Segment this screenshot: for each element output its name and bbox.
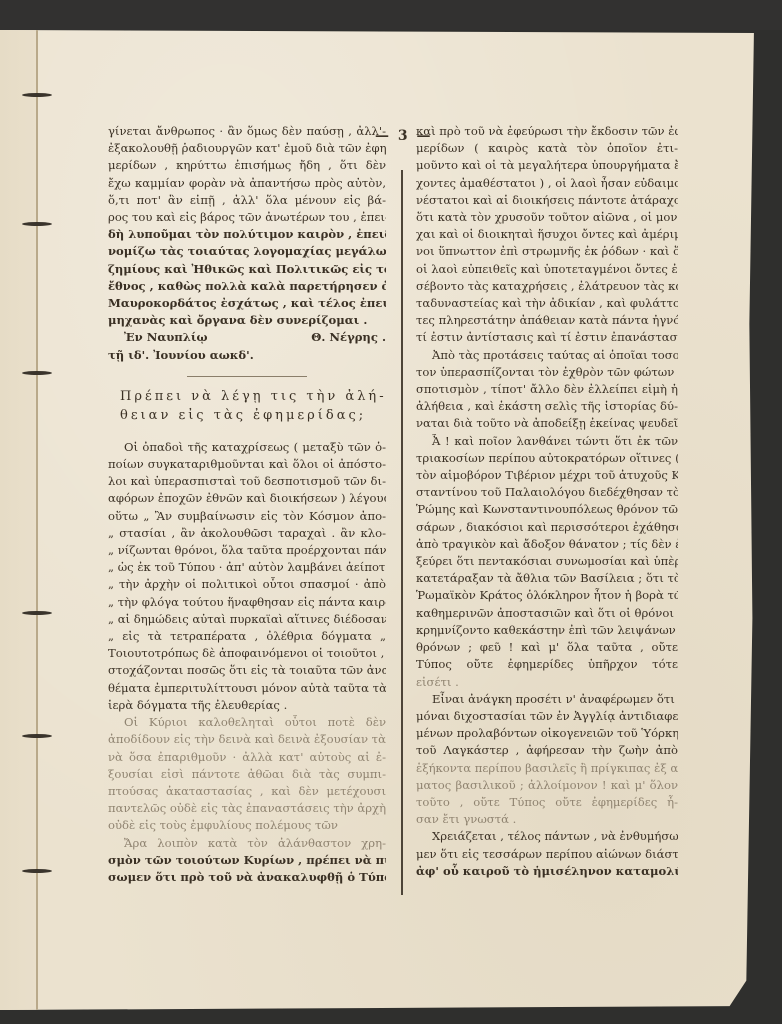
text-line: τον ὑπερασπίζονται τὸν ἐχθρὸν τῶν φώτων … (416, 364, 678, 381)
paragraph-england: Εἶναι ἀνάγκη προσέτι ν' ἀναφέρωμεν ὅτι α… (416, 691, 678, 829)
binding-fold-line (36, 30, 38, 1010)
left-column: γίνεται ἄνθρωπος · ἂν ὅμως δὲν παύσῃ , ἀ… (108, 123, 386, 886)
paragraph-propositions: Ἀπὸ τὰς προτάσεις ταύτας αἱ ὁποῖαι τοσοῦ… (416, 347, 678, 433)
text-line: μένων προλαβόντων οἰκογενειῶν τοῦ Ὑόρκη … (416, 725, 678, 742)
text-line: μηχανὰς καὶ ὄργανα δὲν συνερίζομαι . (108, 312, 386, 329)
text-line: ναται διὰ τοῦτο νὰ ἀποδείξῃ ἐκείνας ψευδ… (416, 415, 678, 432)
text-line: οὐδὲ εἰς τοὺς ἐμφυλίους πολέμους τῶν (108, 817, 386, 834)
text-line: Ἀπὸ τὰς προτάσεις ταύτας αἱ ὁποῖαι τοσοῦ… (416, 347, 678, 364)
text-line: μερίδων , κηρύττω ἐπισήμως ἤδη , ὅτι δὲν (108, 157, 386, 174)
text-line: εἰσέτι . (416, 674, 678, 691)
text-line: σέβοντο τὰς καταχρήσεις , ἐλάτρευον τὰς … (416, 278, 678, 295)
column-divider (401, 170, 403, 895)
text-line: τοῦτο , οὔτε Τύπος οὔτε ἐφημερίδες ἦ- (416, 794, 678, 811)
text-line: ἔθνος , καθὼς πολλὰ καλὰ παρετήρησεν ὁ Κ… (108, 278, 386, 295)
section-rule (187, 376, 307, 377)
paragraph-golden-age: καὶ πρὸ τοῦ νὰ ἐφεύρωσι τὴν ἔκδοσιν τῶν … (416, 123, 678, 347)
text-line: οἱ λαοὶ εὐπειθεῖς καὶ ὑποτεταγμένοι ὄντε… (416, 261, 678, 278)
text-line: στοχάζονται ποσῶς ὅτι εἰς τὰ τοιαῦτα τῶν… (108, 662, 386, 679)
text-line: τοῦ Λαγκάστερ , ἀφήρεσαν τὴν ζωὴν ἀπὸ (416, 742, 678, 759)
text-line: σμὸν τῶν τοιούτων Κυρίων , πρέπει νὰ πισ… (108, 852, 386, 869)
binding-stitch-icon (22, 611, 52, 615)
binding-stitch-icon (22, 93, 52, 97)
text-line: παντελῶς οὐδὲ εἰς τὰς ἐπαναστάσεις τὴν ἀ… (108, 800, 386, 817)
text-line: σάρων , διακόσιοι καὶ περισσότεροι ἐχάθη… (416, 519, 678, 536)
text-line: „ αἱ δημώδεις αὐταὶ πυρκαϊαὶ αἵτινες διέ… (108, 611, 386, 628)
text-line: νομίζω τὰς τοιαύτας λογομαχίας μεγάλως ἐ… (108, 243, 386, 260)
text-line: Εἶναι ἀνάγκη προσέτι ν' ἀναφέρωμεν ὅτι α… (416, 691, 678, 708)
text-line: Οἱ ὀπαδοὶ τῆς καταχρίσεως ( μεταξὺ τῶν ὁ… (108, 439, 386, 456)
text-line: Ῥωμαϊκὸν Κράτος ὁλόκληρον ἦτον ἡ βορὰ τῶ… (416, 587, 678, 604)
paragraph-emperors: Ἆ ! καὶ ποῖον λανθάνει τώντι ὅτι ἐκ τῶν … (416, 433, 678, 691)
text-line: Τύπος οὔτε ἐφημερίδες ὑπῆρχον τότε (416, 656, 678, 673)
text-line: μεν ὅτι εἰς τεσσάρων περίπου αἰώνων διάσ… (416, 846, 678, 863)
text-line: Οἱ Κύριοι καλοθεληταὶ οὗτοι ποτὲ δὲν (108, 714, 386, 731)
text-line: Ῥώμης καὶ Κωνσταντινουπόλεως θρόνον τῶν … (416, 501, 678, 518)
title-line: θειαν εἰς τὰς ἐφημερίδας; (120, 406, 386, 425)
binding-stitch-icon (22, 371, 52, 375)
text-line: Χρειάζεται , τέλος πάντων , νὰ ἐνθυμήσω- (416, 828, 678, 845)
text-line: τί ἐστιν ἀντίστασις καὶ τί ἐστιν ἐπανάστ… (416, 329, 678, 346)
text-line: „ εἰς τὰ τετραπέρατα , ὀλέθρια δόγματα „ (108, 628, 386, 645)
text-line: αφόρων ἐποχῶν ἐθνῶν καὶ διοικήσεων ) λέγ… (108, 490, 386, 507)
text-line: ἀλήθεια , καὶ ἑκάστη σελὶς τῆς ἱστορίας … (416, 398, 678, 415)
text-line: ματος βασιλικοῦ ; ἀλλοίμονον ! καὶ μ' ὅλ… (416, 777, 678, 794)
text-line: τριακοσίων περίπου αὐτοκρατόρων οἵτινες … (416, 450, 678, 467)
binding-stitch-icon (22, 869, 52, 873)
text-line: Μαυροκορδάτος ἐσχάτως , καὶ τέλος ἐπειδὴ (108, 295, 386, 312)
continued-letter: γίνεται ἄνθρωπος · ἂν ὅμως δὲν παύσῃ , ἀ… (108, 123, 386, 329)
text-line: ἔχω καμμίαν φορὰν νὰ ἀπαντήσω πρὸς αὐτὸν… (108, 175, 386, 192)
text-line: „ ὡς ἐκ τοῦ Τύπου · ἀπ' αὐτὸν λαμβάνει ἀ… (108, 559, 386, 576)
article-body: Οἱ ὀπαδοὶ τῆς καταχρίσεως ( μεταξὺ τῶν ὁ… (108, 439, 386, 714)
text-line: ἑξήκοντα περίπου βασιλεῖς ἢ πρίγκιπας ἐξ… (416, 760, 678, 777)
text-line: σταντίνου τοῦ Παλαιολόγου διεδέχθησαν τὸ… (416, 484, 678, 501)
text-line: μερίδων ( καιρὸς κατὰ τὸν ὁποῖον ἐτι- (416, 140, 678, 157)
text-line: ποίων συγκαταριθμοῦνται καὶ ὅλοι οἱ ἀπόσ… (108, 456, 386, 473)
text-line: τες πληρεστάτην ἀπάθειαν κατὰ πάντα ἠγνό… (416, 312, 678, 329)
text-line: ἀφ' οὗ καιροῦ τὸ ἡμισέληνον καταμολύνει … (416, 863, 678, 880)
text-line: σποτισμὸν , τίποτ' ἄλλο δὲν ἐλλείπει εἰμ… (416, 381, 678, 398)
text-line: ξουσίαι εἰσὶ πάντοτε ἀθῶαι διὰ τὰς συμπι… (108, 766, 386, 783)
scanner-background-top (0, 0, 782, 30)
title-line: Πρέπει νὰ λέγῃ τις τὴν ἀλή- (120, 387, 386, 406)
text-line: κρημνίζοντο καθεκάστην ἐπὶ τῶν λειψάνων … (416, 622, 678, 639)
faint-paragraph: Οἱ Κύριοι καλοθεληταὶ οὗτοι ποτὲ δὲν ἀπο… (108, 714, 386, 834)
text-line: χαι καὶ οἱ διοικηταὶ ἥσυχοι ὄντες καὶ ἀμ… (416, 226, 678, 243)
text-line: „ νίζωνται θρόνοι, ὅλα ταῦτα προέρχονται… (108, 542, 386, 559)
text-line: ξεύρει ὅτι πεντακόσιαι συνωμοσίαι καὶ ὑπ… (416, 553, 678, 570)
text-line: θέματα ἐμπεριτυλίττουσι μόνον αὐτὰ ταῦτα… (108, 680, 386, 697)
text-line: Ἆ ! καὶ ποῖον λανθάνει τώντι ὅτι ἐκ τῶν (416, 433, 678, 450)
text-line: „ τὴν φλόγα τούτου ἥναφθησαν εἰς πάντα κ… (108, 594, 386, 611)
signature-date: τῇ ιδ'. Ἰουνίου αωκδ'. (108, 347, 386, 364)
text-line: τὸν αἱμοβόρον Τιβέριον μέχρι τοῦ ἀτυχοῦς… (416, 467, 678, 484)
text-line: καὶ πρὸ τοῦ νὰ ἐφεύρωσι τὴν ἔκδοσιν τῶν … (416, 123, 678, 140)
text-line: ταδυναστείας καὶ τὴν ἀδικίαν , καὶ φυλάτ… (416, 295, 678, 312)
text-line: ρος του καὶ εἰς βάρος τῶν ἀνωτέρων του ,… (108, 209, 386, 226)
text-line: „ στασίαι , ἂν ἀκολουθῶσι ταραχαὶ . ἂν κ… (108, 525, 386, 542)
text-line: σωμεν ὅτι πρὸ τοῦ νὰ ἀνακαλυφθῇ ὁ Τύπος (108, 869, 386, 886)
text-line: οὕτω „ Ἂν συμβαίνωσιν εἰς τὸν Κόσμον ἀπο… (108, 508, 386, 525)
signature-row: Ἐν Ναυπλίῳ Θ. Νέγρης . (108, 329, 386, 346)
text-line: κατετάραξαν τὰ ἄθλια τῶν Βασίλεια ; ὅτι … (416, 570, 678, 587)
text-line: λοι καὶ ὑπερασπισταὶ τοῦ δεσποτισμοῦ τῶν… (108, 473, 386, 490)
text-line: νὰ ὅσα ἐπαριθμοῦν · ἀλλὰ κατ' αὐτοὺς αἱ … (108, 749, 386, 766)
text-line: ζημίους καὶ Ἠθικῶς καὶ Πολιτικῶς εἰς τὸ (108, 261, 386, 278)
text-line: ἀπὸ τραγικὸν καὶ ἄδοξον θάνατον ; τίς δὲ… (416, 536, 678, 553)
text-line: ἀποδίδουν εἰς τὴν δεινὰ καὶ δεινὰ ἐξουσί… (108, 731, 386, 748)
text-line: σαν ἔτι γνωστά . (416, 811, 678, 828)
signature-place: Ἐν Ναυπλίῳ (108, 329, 208, 346)
text-line: ὅτι κατὰ τὸν χρυσοῦν τοῦτον αἰῶνα , οἱ μ… (416, 209, 678, 226)
text-line: Τοιουτοτρόπως δὲ ἀποφαινόμενοι οἱ τοιοῦτ… (108, 645, 386, 662)
text-line: χοντες ἀμαθέστατοι ) , οἱ λαοὶ ἦσαν εὐδα… (416, 175, 678, 192)
binding-stitch-icon (22, 734, 52, 738)
text-line: καθημερινῶν ἀποστασιῶν καὶ ὅτι οἱ θρόνοι… (416, 605, 678, 622)
text-line: πτούσας ἀκαταστασίας , καὶ δὲν μετέχουσι (108, 783, 386, 800)
text-line: νέστατοι καὶ αἱ διοικήσεις πάντοτε ἀτάρα… (416, 192, 678, 209)
binding-stitch-icon (22, 222, 52, 226)
text-line: μόναι διχοστασίαι τῶν ἐν Ἀγγλίᾳ ἀντιδιαφ… (416, 708, 678, 725)
text-line: γίνεται ἄνθρωπος · ἂν ὅμως δὲν παύσῃ , ἀ… (108, 123, 386, 140)
text-line: ἱερὰ δόγματα τῆς ἐλευθερίας . (108, 697, 386, 714)
text-line: νοι ὕπνωττον ἐπὶ στρωμνῆς ἐκ ῥόδων · καὶ… (416, 243, 678, 260)
text-line: Ἄρα λοιπὸν κατὰ τὸν ἀλάνθαστον χρη- (108, 835, 386, 852)
adjacent-leaf-margin (0, 30, 38, 1010)
article-title: Πρέπει νὰ λέγῃ τις τὴν ἀλή- θειαν εἰς τὰ… (108, 387, 386, 425)
right-column: καὶ πρὸ τοῦ νὰ ἐφεύρωσι τὴν ἔκδοσιν τῶν … (416, 123, 678, 880)
closing-paragraph: Ἄρα λοιπὸν κατὰ τὸν ἀλάνθαστον χρη- σμὸν… (108, 835, 386, 887)
text-line: μοῦντο καὶ οἱ τὰ μεγαλήτερα ὑπουργήματα … (416, 157, 678, 174)
text-line: ἐξακολουθῇ ῥαδιουργῶν κατ' ἐμοῦ διὰ τῶν … (108, 140, 386, 157)
signature-author: Θ. Νέγρης . (311, 329, 386, 346)
paragraph-crescent: Χρειάζεται , τέλος πάντων , νὰ ἐνθυμήσω-… (416, 828, 678, 880)
text-line: „ τὴν ἀρχὴν οἱ πολιτικοὶ οὗτοι σπασμοί ·… (108, 576, 386, 593)
text-line: δὴ λυποῦμαι τὸν πολύτιμον καιρὸν , ἐπειδ… (108, 226, 386, 243)
text-line: θρόνων ; φεῦ ! καὶ μ' ὅλα ταῦτα , οὔτε (416, 639, 678, 656)
text-line: ὅ,τι ποτ' ἂν εἰπῇ , ἀλλ' ὅλα μένουν εἰς … (108, 192, 386, 209)
